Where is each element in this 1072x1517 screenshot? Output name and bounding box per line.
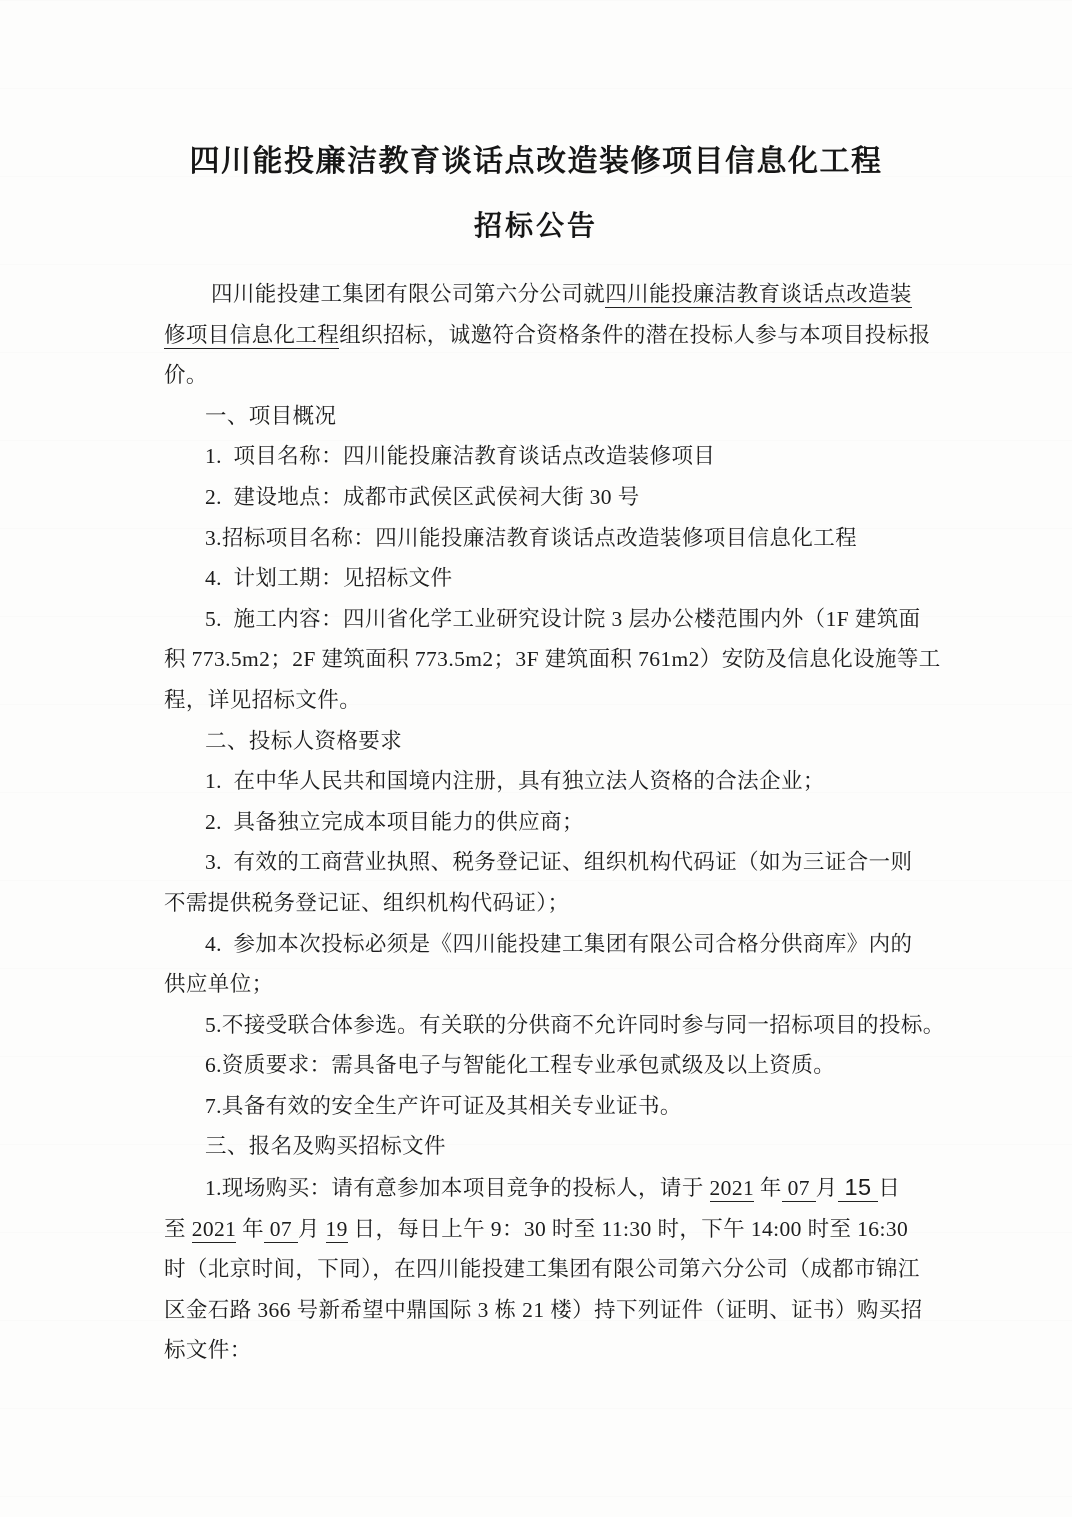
list-item: 7.具备有效的安全生产许可证及其相关专业证书。 — [164, 1086, 964, 1127]
paragraph-line: 修项目信息化工程组织招标，诚邀符合资格条件的潜在投标人参与本项目投标报 — [164, 315, 964, 356]
paragraph-line: 时（北京时间，下同），在四川能投建工集团有限公司第六分公司（成都市锦江 — [164, 1249, 964, 1290]
underlined-text: 修项目信息化工程 — [164, 323, 339, 349]
list-item: 4. 计划工期：见招标文件 — [164, 558, 964, 599]
text-segment: 至 — [164, 1217, 192, 1241]
list-item: 5. 施工内容：四川省化学工业研究设计院 3 层办公楼范围内外（1F 建筑面 — [164, 599, 964, 640]
paragraph-line: 积 773.5m2；2F 建筑面积 773.5m2；3F 建筑面积 761m2）… — [164, 639, 964, 680]
list-item: 2. 建设地点：成都市武侯区武侯祠大街 30 号 — [164, 477, 964, 518]
list-item: 5.不接受联合体参选。有关联的分供商不允许同时参与同一招标项目的投标。 — [164, 1005, 964, 1046]
text-segment: 日，每日上午 9：30 时至 11:30 时，下午 14:00 时至 16:30 — [348, 1217, 908, 1241]
document-title: 四川能投廉洁教育谈话点改造装修项目信息化工程 — [0, 136, 1072, 180]
underlined-year: 2021 — [710, 1176, 755, 1202]
underlined-year: 2021 — [192, 1217, 237, 1243]
text-segment: 组织招标，诚邀符合资格条件的潜在投标人参与本项目投标报 — [339, 323, 930, 347]
scanned-document-page: 四川能投廉洁教育谈话点改造装修项目信息化工程 招标公告 四川能投建工集团有限公司… — [0, 0, 1072, 1517]
section-heading: 一、项目概况 — [164, 396, 964, 437]
paragraph-line: 区金石路 366 号新希望中鼎国际 3 栋 21 楼）持下列证件（证明、证书）购… — [164, 1290, 964, 1331]
text-segment: 月 — [298, 1217, 326, 1241]
paragraph-line: 四川能投建工集团有限公司第六分公司就四川能投廉洁教育谈话点改造装 — [164, 274, 964, 315]
paragraph-line: 1.现场购买：请有意参加本项目竞争的投标人，请于 2021 年 07 月 15 … — [164, 1167, 964, 1209]
text-segment: 年 — [754, 1176, 782, 1200]
list-item: 2. 具备独立完成本项目能力的供应商； — [164, 802, 964, 843]
list-item: 1. 在中华人民共和国境内注册，具有独立法人资格的合法企业； — [164, 761, 964, 802]
document-title-block: 四川能投廉洁教育谈话点改造装修项目信息化工程 招标公告 — [0, 136, 1072, 244]
paragraph-line: 价。 — [164, 355, 964, 396]
paragraph-line: 至 2021 年 07 月 19 日，每日上午 9：30 时至 11:30 时，… — [164, 1209, 964, 1250]
paragraph-line: 供应单位； — [164, 964, 964, 1005]
list-item: 4. 参加本次投标必须是《四川能投建工集团有限公司合格分供商库》内的 — [164, 924, 964, 965]
section-heading: 二、投标人资格要求 — [164, 721, 964, 762]
text-segment: 日 — [878, 1176, 900, 1200]
paragraph-line: 标文件： — [164, 1330, 964, 1371]
underlined-day: 15 — [838, 1174, 879, 1202]
text-segment: 1.现场购买：请有意参加本项目竞争的投标人，请于 — [205, 1176, 710, 1200]
list-item: 6.资质要求：需具备电子与智能化工程专业承包贰级及以上资质。 — [164, 1045, 964, 1086]
underlined-day: 19 — [326, 1217, 348, 1243]
list-item: 3.招标项目名称：四川能投廉洁教育谈话点改造装修项目信息化工程 — [164, 518, 964, 559]
underlined-month: 07 — [782, 1176, 816, 1202]
list-item: 1. 项目名称：四川能投廉洁教育谈话点改造装修项目 — [164, 436, 964, 477]
paragraph-line: 不需提供税务登记证、组织机构代码证）； — [164, 883, 964, 924]
text-segment: 四川能投建工集团有限公司第六分公司就 — [211, 282, 605, 306]
underlined-month: 07 — [264, 1217, 298, 1243]
underlined-text: 四川能投廉洁教育谈话点改造装 — [605, 282, 912, 308]
paragraph-line: 程，详见招标文件。 — [164, 680, 964, 721]
document-body: 四川能投建工集团有限公司第六分公司就四川能投廉洁教育谈话点改造装 修项目信息化工… — [164, 274, 964, 1371]
text-segment: 月 — [816, 1176, 838, 1200]
text-segment: 年 — [236, 1217, 264, 1241]
list-item: 3. 有效的工商营业执照、税务登记证、组织机构代码证（如为三证合一则 — [164, 842, 964, 883]
document-subtitle: 招标公告 — [0, 204, 1072, 244]
section-heading: 三、报名及购买招标文件 — [164, 1126, 964, 1167]
